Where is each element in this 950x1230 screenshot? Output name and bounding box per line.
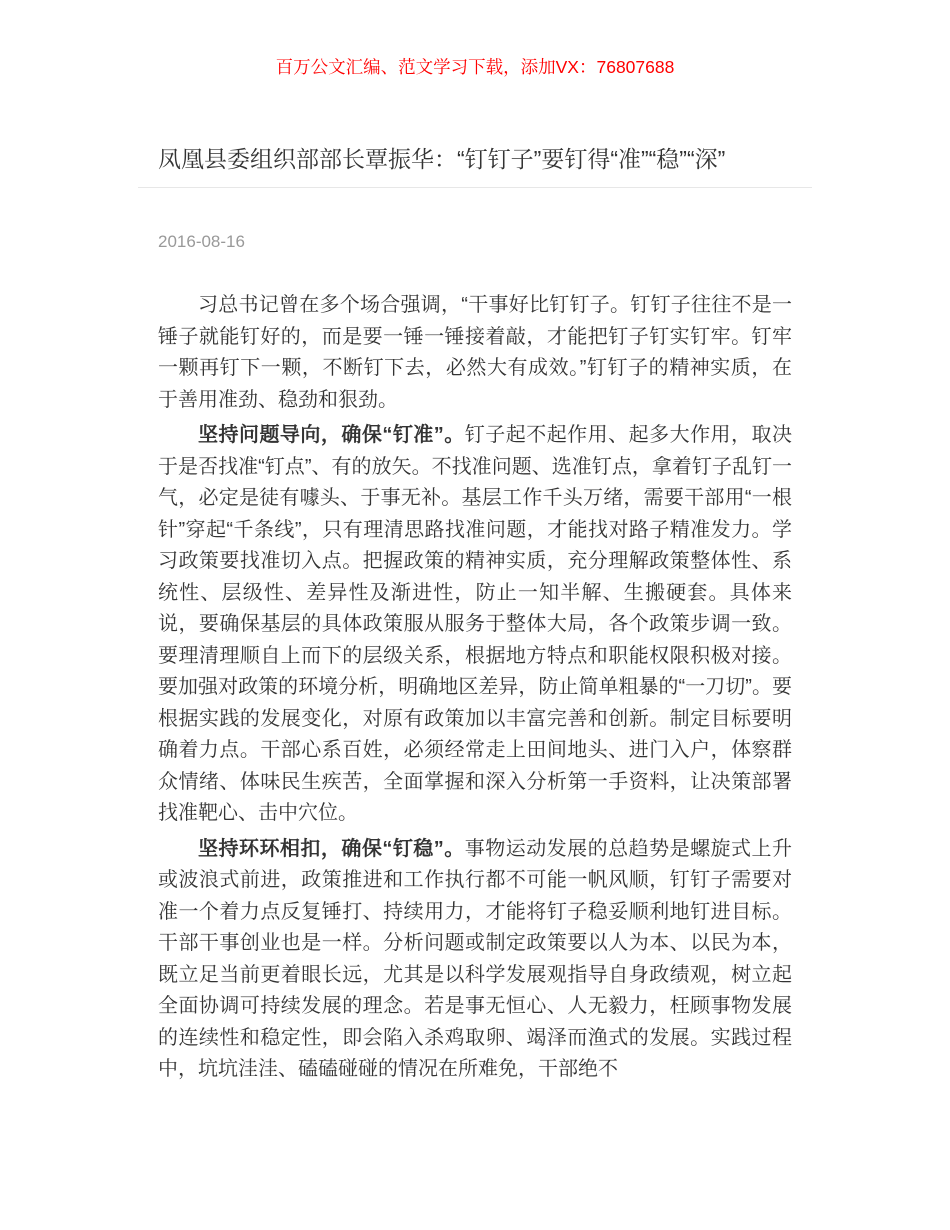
title-divider [138,187,812,188]
paragraph: 习总书记曾在多个场合强调，“干事好比钉钉子。钉钉子往往不是一锤子就能钉好的，而是… [158,290,792,416]
article-container: 凤凰县委组织部部长覃振华：“钉钉子”要钉得“准”“稳”“深” 2016-08-1… [138,142,812,1086]
article-title: 凤凰县委组织部部长覃振华：“钉钉子”要钉得“准”“稳”“深” [138,142,812,177]
article-page: 百万公文汇编、范文学习下载，添加VX：76807688 凤凰县委组织部部长覃振华… [0,0,950,1230]
paragraph: 坚持环环相扣，确保“钉稳”。事物运动发展的总趋势是螺旋式上升或波浪式前进，政策推… [158,834,792,1086]
paragraph-text: 钉子起不起作用、起多大作用，取决于是否找准“钉点”、有的放矢。不找准问题、选准钉… [158,424,792,824]
promo-banner: 百万公文汇编、范文学习下载，添加VX：76807688 [0,0,950,80]
paragraph-text: 习总书记曾在多个场合强调，“干事好比钉钉子。钉钉子往往不是一锤子就能钉好的，而是… [158,294,792,411]
paragraph-text: 事物运动发展的总趋势是螺旋式上升或波浪式前进，政策推进和工作执行都不可能一帆风顺… [158,838,792,1081]
paragraph-lead: 坚持问题导向，确保“钉准”。 [198,424,465,446]
article-date: 2016-08-16 [138,230,812,254]
paragraph: 坚持问题导向，确保“钉准”。钉子起不起作用、起多大作用，取决于是否找准“钉点”、… [158,420,792,830]
article-body: 习总书记曾在多个场合强调，“干事好比钉钉子。钉钉子往往不是一锤子就能钉好的，而是… [138,290,812,1086]
paragraph-lead: 坚持环环相扣，确保“钉稳”。 [198,838,465,860]
